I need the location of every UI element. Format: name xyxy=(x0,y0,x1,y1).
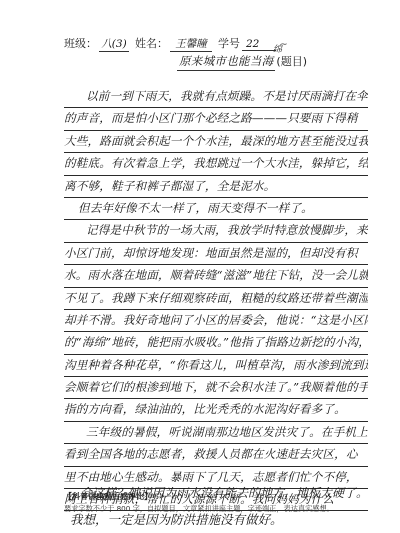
essay-line: 记得是中秋节的一场大雨，我放学时特意放慢脚步，来到 xyxy=(64,220,368,242)
essay-line: 看到全国各地的志愿者，救援人员都在火速赶去灾区，心 xyxy=(64,444,368,466)
essay-line: 离不够，鞋子和裤子都湿了，全是泥水。 xyxy=(64,176,368,198)
essay-line: 沟里种着各种花草，“你看这儿，叫植草沟，雨水渗到流到这儿， xyxy=(64,355,368,377)
essay-line: 不见了。我蹲下来仔细观察砖面，粗糙的纹路还带着些潮湿， xyxy=(64,288,368,310)
essay-line: 小区门前，却惊讶地发现：地面虽然是湿的，但却没有积 xyxy=(64,243,368,265)
essay-line: 但去年好像不太一样了，雨天变得不一样了。 xyxy=(64,198,368,220)
name-label: 姓名： xyxy=(135,35,168,51)
title-correction-insert: 绵 xyxy=(273,42,282,55)
essay-line: 却并不滑。我好奇地问了小区的居委会，他说：“这是小区刚弄 xyxy=(64,310,368,332)
assignment-heading: 【科普讲座观后感评比】 xyxy=(64,492,384,502)
essay-line: 大些，路面就会积起一个个水洼，最深的地方甚至能没过我 xyxy=(64,131,368,153)
essay-line: 水。雨水落在地面，顺着砖缝“滋滋”地往下钻，没一会儿就 xyxy=(64,265,368,287)
student-id-value: 22 xyxy=(242,38,276,51)
essay-body: 以前一到下雨天，我就有点烦躁。不是讨厌雨滴打在伞上 的声音，而是怕小区门那个必经… xyxy=(64,86,368,511)
essay-closing-line: 我想，一定是因为防洪措施没有做好。 xyxy=(70,510,283,528)
student-info-row: 班级： 八(3) 姓名： 王馨瞳 学号 22 ~ xyxy=(64,35,288,52)
essay-line: 的鞋底。有次着急上学，我想跳过一个大水洼，躲掉它，结果距 xyxy=(64,153,368,175)
essay-title: 原来城市也能当海 xyxy=(177,53,275,71)
essay-line: 三年级的暑假，听说湖南那边地区发洪灾了。在手机上 xyxy=(64,422,368,444)
essay-line: 的“海绵”地砖，能把雨水吸收。”他指了指路边新挖的小沟， xyxy=(64,332,368,354)
essay-line: 指的方向看，绿油油的，比光秃秃的水泥沟好看多了。 xyxy=(64,399,368,421)
student-id-label: 学号 xyxy=(218,35,240,51)
essay-title-row: 原来城市也能当海 绵 (题目) xyxy=(177,53,307,71)
class-value: 八(3) xyxy=(99,36,129,52)
essay-line: 以前一到下雨天，我就有点烦躁。不是讨厌雨滴打在伞上 xyxy=(64,86,368,108)
essay-line: 的声音，而是怕小区门那个必经之路———只要雨下得稍 xyxy=(64,108,368,130)
class-label: 班级： xyxy=(64,35,97,51)
name-value: 王馨瞳 xyxy=(170,36,212,52)
essay-line: 会顺着它们的根渗到地下，就不会积水洼了。”我顺着他的手 xyxy=(64,377,368,399)
title-label: (题目) xyxy=(276,53,307,69)
